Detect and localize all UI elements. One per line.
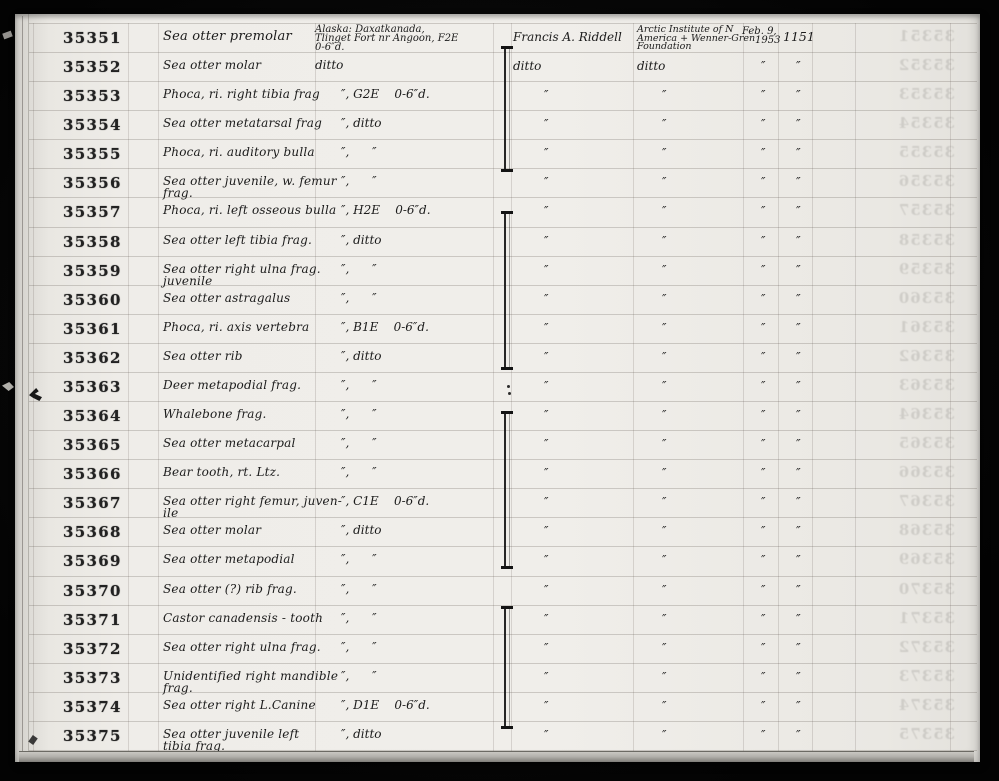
bleed-through-number: 35366 [893, 463, 955, 481]
locality: ″, ″ [315, 263, 546, 275]
locality: ″, ditto [315, 350, 546, 362]
accession-number: ″ [783, 378, 844, 393]
bleed-through-number: 35372 [893, 638, 955, 656]
ledger-row: 35370 Sea otter (?) rib frag. ″, ″ ″ ″ ″… [15, 576, 980, 605]
ink-dot [507, 385, 510, 388]
locality: ″, C1E 0-6″d. [315, 495, 546, 507]
ledger-row: 35354 Sea otter metatarsal frag ″, ditto… [15, 110, 980, 139]
ledger-row: 35364 Whalebone frag. ″, ″ ″ ″ ″ ″ 35364 [15, 401, 980, 430]
accession-number: ″ [783, 669, 844, 684]
ledger-row: 35366 Bear tooth, rt. Ltz. ″, ″ ″ ″ ″ ″ … [15, 459, 980, 488]
bleed-through-number: 35356 [893, 172, 955, 190]
accession-number: ″ [783, 436, 844, 451]
ledger-row: 35374 Sea otter right L.Canine ″, D1E 0-… [15, 692, 980, 721]
accession-number: ″ [783, 116, 844, 131]
locality: ″, ″ [315, 612, 546, 624]
accession-number: ″ [783, 465, 844, 480]
bleed-through-number: 35355 [893, 143, 955, 161]
catalog-number: 35370 [63, 582, 148, 600]
catalog-number: 35358 [63, 233, 148, 251]
locality: ″, ″ [315, 146, 546, 158]
page-bottom-edge [19, 751, 974, 762]
bleed-through-number: 35361 [893, 318, 955, 336]
bleed-through-number: 35353 [893, 85, 955, 103]
catalog-number: 35359 [63, 262, 148, 280]
catalog-number: 35352 [63, 58, 148, 76]
locality: ″, ditto [315, 728, 546, 740]
bleed-through-number: 35357 [893, 201, 955, 219]
catalog-number: 35356 [63, 174, 148, 192]
catalog-number: 35361 [63, 320, 148, 338]
ledger-row: 35367 Sea otter right femur, juven-ile ″… [15, 488, 980, 517]
bleed-through-number: 35359 [893, 260, 955, 278]
ink-grouping-bracket [504, 608, 510, 727]
catalog-number: 35360 [63, 291, 148, 309]
catalog-number: 35372 [63, 640, 148, 658]
catalog-number: 35365 [63, 436, 148, 454]
accession-number: ″ [783, 494, 844, 509]
locality: ″, ″ [315, 670, 546, 682]
bleed-through-number: 35375 [893, 725, 955, 743]
catalog-number: 35366 [63, 465, 148, 483]
bleed-through-number: 35351 [893, 27, 955, 45]
accession-number: ″ [783, 262, 844, 277]
locality: ″, G2E 0-6″d. [315, 88, 546, 100]
ink-dot [508, 392, 511, 395]
catalog-number: 35371 [63, 611, 148, 629]
locality: ″, ″ [315, 379, 546, 391]
locality: ″, ″ [315, 466, 546, 478]
bleed-through-number: 35364 [893, 405, 955, 423]
catalog-number: 35374 [63, 698, 148, 716]
bleed-through-number: 35362 [893, 347, 955, 365]
ledger-row: 35372 Sea otter right ulna frag. ″, ″ ″ … [15, 634, 980, 663]
ledger-row: 35357 Phoca, ri. left osseous bulla ″, H… [15, 197, 980, 226]
accession-number: ″ [783, 407, 844, 422]
accession-number: ″ [783, 233, 844, 248]
locality: ″, ″ [315, 408, 546, 420]
ledger-row: 35360 Sea otter astragalus ″, ″ ″ ″ ″ ″ … [15, 285, 980, 314]
bleed-through-number: 35365 [893, 434, 955, 452]
photo-artifact [2, 31, 13, 40]
catalog-number: 35362 [63, 349, 148, 367]
locality: Alaska: Daxatkanada,Tlinget Fort nr Ango… [315, 25, 520, 52]
ledger-row: 35371 Castor canadensis - tooth ″, ″ ″ ″… [15, 605, 980, 634]
ink-grouping-bracket [504, 48, 510, 170]
accession-number: 1151 [783, 29, 831, 44]
bleed-through-number: 35374 [893, 696, 955, 714]
accession-number: ″ [783, 698, 844, 713]
catalog-number: 35375 [63, 727, 148, 745]
accession-number: ″ [783, 291, 844, 306]
accession-number: ″ [783, 523, 844, 538]
bleed-through-number: 35354 [893, 114, 955, 132]
locality: ″, B1E 0-6″d. [315, 321, 546, 333]
ledger-row: 35362 Sea otter rib ″, ditto ″ ″ ″ ″ 353… [15, 343, 980, 372]
locality: ″, ditto [315, 524, 546, 536]
collector: Francis A. Riddell [513, 30, 641, 44]
ink-grouping-bracket [504, 413, 510, 567]
ledger-row: 35365 Sea otter metacarpal ″, ″ ″ ″ ″ ″ … [15, 430, 980, 459]
locality: ditto [315, 59, 520, 71]
ledger-row: 35352 Sea otter molar ditto ditto ditto … [15, 52, 980, 81]
institution: Arctic Institute of NAmerica + Wenner-Gr… [637, 26, 752, 52]
locality: ″, D1E 0-6″d. [315, 699, 546, 711]
accession-number: ″ [783, 203, 844, 218]
ledger-row: 35361 Phoca, ri. axis vertebra ″, B1E 0-… [15, 314, 980, 343]
locality: ″, ″ [315, 641, 546, 653]
accession-number: ″ [783, 727, 844, 742]
locality: ″, ditto [315, 117, 546, 129]
accession-number: ″ [783, 87, 844, 102]
catalog-number: 35373 [63, 669, 148, 687]
accession-number: ″ [783, 611, 844, 626]
bleed-through-number: 35368 [893, 521, 955, 539]
bleed-through-number: 35367 [893, 492, 955, 510]
ledger-row: 35351 Sea otter premolar Alaska: Daxatka… [15, 23, 980, 52]
bleed-through-number: 35358 [893, 231, 955, 249]
catalog-number: 35357 [63, 203, 148, 221]
bleed-through-number: 35373 [893, 667, 955, 685]
locality: ″, ″ [315, 292, 546, 304]
accession-number: ″ [783, 174, 844, 189]
bleed-through-number: 35352 [893, 56, 955, 74]
ledger-row: 35363 Deer metapodial frag. ″, ″ ″ ″ ″ ″… [15, 372, 980, 401]
ledger-row: 35356 Sea otter juvenile, w. femurfrag. … [15, 168, 980, 197]
bleed-through-number: 35370 [893, 580, 955, 598]
catalog-number: 35368 [63, 523, 148, 541]
ledger-row: 35373 Unidentified right mandiblefrag. ″… [15, 663, 980, 692]
date: Feb. 9,1953 [742, 27, 786, 45]
ledger-row: 35355 Phoca, ri. auditory bulla ″, ″ ″ ″… [15, 139, 980, 168]
ledger-row: 35368 Sea otter molar ″, ditto ″ ″ ″ ″ 3… [15, 517, 980, 546]
ledger-row: 35358 Sea otter left tibia frag. ″, ditt… [15, 227, 980, 256]
catalog-number: 35354 [63, 116, 148, 134]
bleed-through-number: 35371 [893, 609, 955, 627]
locality: ″, ″ [315, 175, 546, 187]
accession-number: ″ [783, 58, 844, 73]
accession-number: ″ [783, 145, 844, 160]
catalog-number: 35367 [63, 494, 148, 512]
locality: ″, ″ [315, 437, 546, 449]
collector: ditto [513, 59, 641, 73]
ledger-row: 35359 Sea otter right ulna frag.juvenile… [15, 256, 980, 285]
ledger-page: 35351 Sea otter premolar Alaska: Daxatka… [15, 14, 980, 762]
catalog-number: 35363 [63, 378, 148, 396]
bleed-through-number: 35369 [893, 550, 955, 568]
institution: ditto [637, 59, 752, 73]
photo-background: 35351 Sea otter premolar Alaska: Daxatka… [0, 0, 999, 781]
accession-number: ″ [783, 640, 844, 655]
catalog-number: 35353 [63, 87, 148, 105]
ledger-row: 35353 Phoca, ri. right tibia frag ″, G2E… [15, 81, 980, 110]
catalog-number: 35364 [63, 407, 148, 425]
locality: ″, ditto [315, 234, 546, 246]
ledger-row: 35369 Sea otter metapodial ″, ″ ″ ″ ″ ″ … [15, 546, 980, 575]
catalog-number: 35351 [63, 29, 148, 47]
bleed-through-number: 35360 [893, 289, 955, 307]
ledger-row: 35375 Sea otter juvenile lefttibia frag.… [15, 721, 980, 750]
accession-number: ″ [783, 552, 844, 567]
accession-number: ″ [783, 320, 844, 335]
photo-artifact [2, 382, 14, 391]
accession-number: ″ [783, 349, 844, 364]
locality: ″, ″ [315, 553, 546, 565]
bleed-through-number: 35363 [893, 376, 955, 394]
locality: ″, ″ [315, 583, 546, 595]
catalog-number: 35355 [63, 145, 148, 163]
catalog-number: 35369 [63, 552, 148, 570]
ink-grouping-bracket [504, 213, 510, 368]
accession-number: ″ [783, 582, 844, 597]
